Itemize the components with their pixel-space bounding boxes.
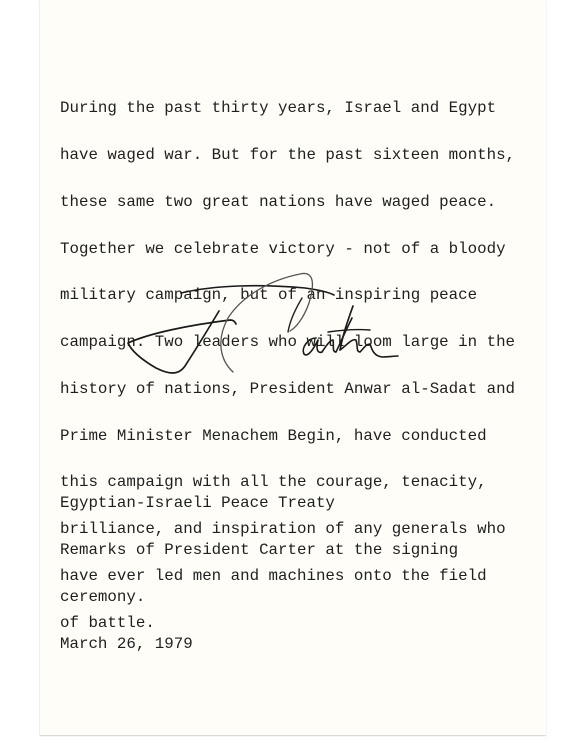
paragraph-line: history of nations, President Anwar al-S…: [60, 382, 515, 398]
caption-date: March 26, 1979: [60, 637, 458, 653]
paper-sheet: During the past thirty years, Israel and…: [40, 0, 546, 735]
paragraph-line: these same two great nations have waged …: [60, 195, 515, 211]
caption-line: Remarks of President Carter at the signi…: [60, 543, 458, 559]
paragraph-line: During the past thirty years, Israel and…: [60, 101, 515, 117]
paragraph-line: Together we celebrate victory - not of a…: [60, 242, 515, 258]
caption-block: Egyptian-Israeli Peace Treaty Remarks of…: [60, 465, 458, 683]
paragraph-line: have waged war. But for the past sixteen…: [60, 148, 515, 164]
caption-title: Egyptian-Israeli Peace Treaty: [60, 496, 458, 512]
caption-line: ceremony.: [60, 590, 458, 606]
paragraph-line: Prime Minister Menachem Begin, have cond…: [60, 429, 515, 445]
signature-icon: [120, 268, 400, 380]
